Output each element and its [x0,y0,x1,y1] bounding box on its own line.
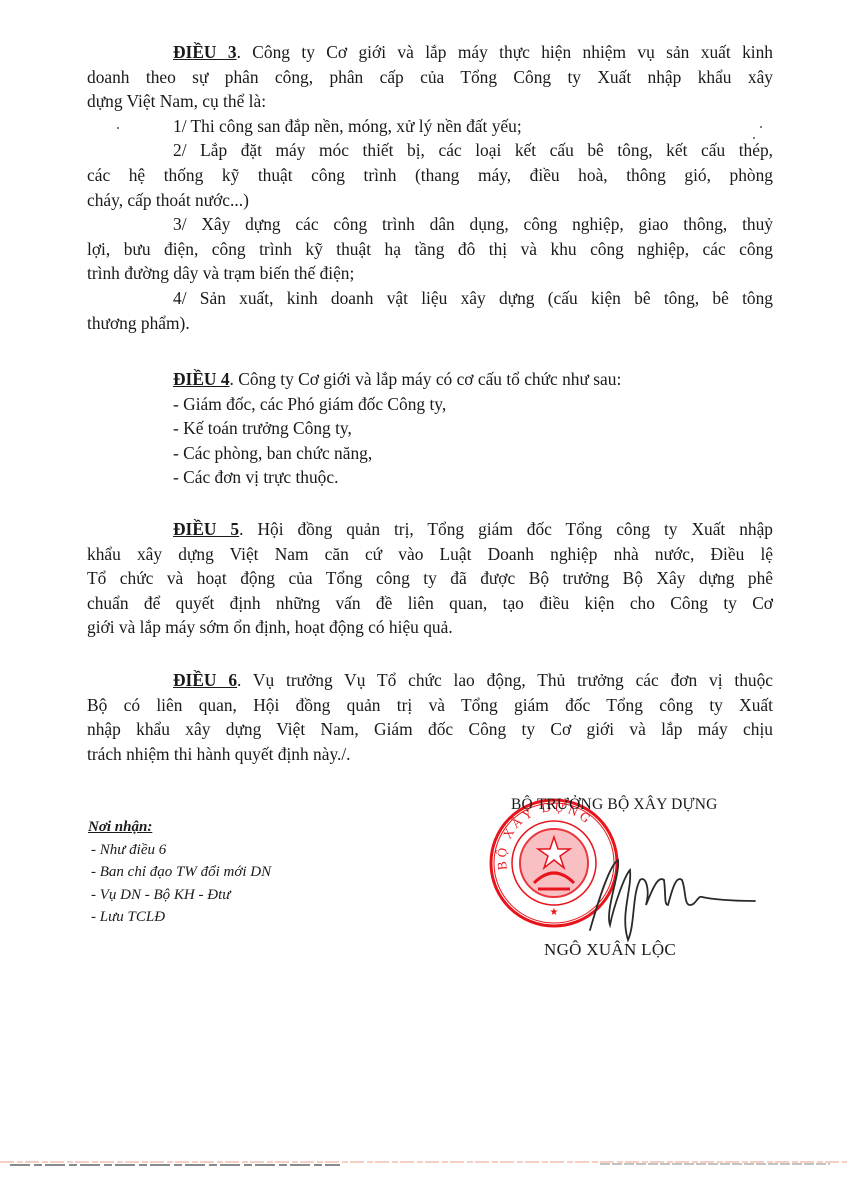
recipients-block: Nơi nhận: - Như điều 6 - Ban chỉ đạo TW … [88,816,271,929]
article-5-heading: ĐIỀU 5 [173,519,239,539]
scan-speck [753,137,755,139]
recipient-item: - Lưu TCLĐ [88,906,271,929]
article-3-line-3: dựng Việt Nam, cụ thể là: [87,89,773,114]
signer-title: BỘ TRƯỞNG BỘ XÂY DỰNG [511,796,718,814]
article-3: ĐIỀU 3. Công ty Cơ giới và lắp máy thực … [87,40,773,335]
article-4: ĐIỀU 4. Công ty Cơ giới và lắp máy có cơ… [87,367,773,490]
article-3-item-2-cont: cháy, cấp thoát nước...) [87,188,773,213]
article-3-item-3: 3/ Xây dựng các công trình dân dụng, côn… [87,212,773,237]
article-3-item-3-cont: trình đường dây và trạm biến thế điện; [87,261,773,286]
article-4-item: - Các đơn vị trực thuộc. [87,465,773,490]
article-5: ĐIỀU 5. Hội đồng quản trị, Tổng giám đốc… [87,517,773,640]
signer-name: NGÔ XUÂN LỘC [544,940,676,960]
scan-speck [760,126,762,128]
article-3-item-1: 1/ Thi công san đắp nền, móng, xử lý nền… [87,114,773,139]
article-4-heading: ĐIỀU 4 [173,369,230,389]
recipient-item: - Ban chỉ đạo TW đổi mới DN [88,861,271,884]
recipient-item: - Như điều 6 [88,839,271,862]
document-page: ĐIỀU 3. Công ty Cơ giới và lắp máy thực … [0,0,847,1200]
article-3-item-2-cont: các hệ thống kỹ thuật công trình (thang … [87,163,773,188]
article-3-line-2: doanh theo sự phân công, phân cấp của Tổ… [87,65,773,90]
article-4-item: - Giám đốc, các Phó giám đốc Công ty, [87,392,773,417]
article-4-item: - Các phòng, ban chức năng, [87,441,773,466]
article-3-heading: ĐIỀU 3 [173,42,237,62]
scan-edge-line [0,1161,847,1167]
scan-speck [117,127,119,129]
article-3-item-4: 4/ Sản xuất, kinh doanh vật liệu xây dựn… [87,286,773,311]
article-6: ĐIỀU 6. Vụ trưởng Vụ Tổ chức lao động, T… [87,668,773,766]
article-3-item-2: 2/ Lắp đặt máy móc thiết bị, các loại kế… [87,138,773,163]
handwritten-signature-icon [580,835,760,945]
recipients-title: Nơi nhận: [88,816,271,839]
article-3-item-3-cont: lợi, bưu điện, công trình kỹ thuật hạ tầ… [87,237,773,262]
article-3-item-4-cont: thương phẩm). [87,311,773,336]
article-6-heading: ĐIỀU 6 [173,670,237,690]
article-4-item: - Kế toán trưởng Công ty, [87,416,773,441]
svg-text:★: ★ [550,907,559,918]
article-3-line-1: ĐIỀU 3. Công ty Cơ giới và lắp máy thực … [87,40,773,65]
recipient-item: - Vụ DN - Bộ KH - Đtư [88,884,271,907]
